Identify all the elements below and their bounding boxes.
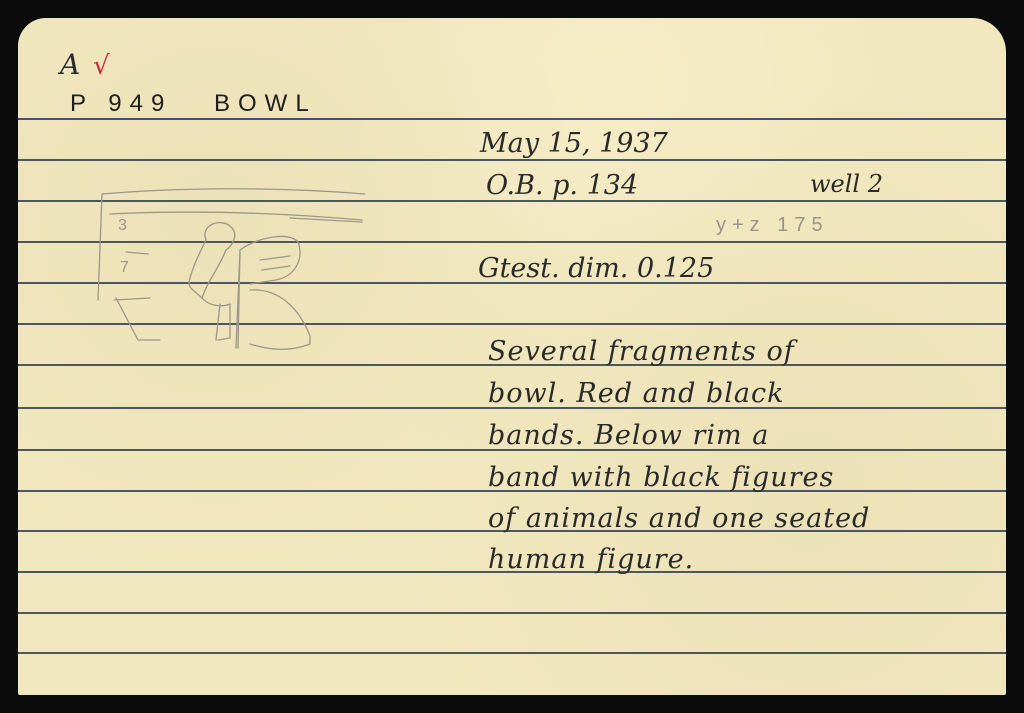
description-line: human figure. [488,544,694,575]
notebook-reference: O.B. p. 134 [486,170,638,201]
pencil-note: y+z 175 [716,214,829,237]
description-line: band with black figures [488,462,834,493]
letter-text: A [60,48,80,81]
rule-line [18,652,1006,654]
description-line: bands. Below rim a [488,420,769,451]
entry-date: May 15, 1937 [480,128,668,159]
svg-text:7: 7 [120,259,129,276]
rule-line [18,612,1006,614]
description-line: bowl. Red and black [488,378,784,409]
svg-text:3: 3 [118,217,127,234]
find-location: well 2 [810,170,883,198]
header-rule [18,118,1006,120]
description-line: of animals and one seated [488,503,870,534]
dimension: Gtest. dim. 0.125 [478,253,714,284]
object-type: BOWL [214,90,317,118]
catalog-number: P 949 [70,90,172,118]
catalog-card: A √ P 949 BOWL May 15, 1937 O.B. p. 134 … [18,18,1006,695]
checkmark-icon: √ [93,51,110,81]
rule-line [18,159,1006,161]
category-letter: A √ [60,48,110,81]
bowl-sketch-icon: 3 7 [90,180,390,360]
description-line: Several fragments of [488,336,795,367]
